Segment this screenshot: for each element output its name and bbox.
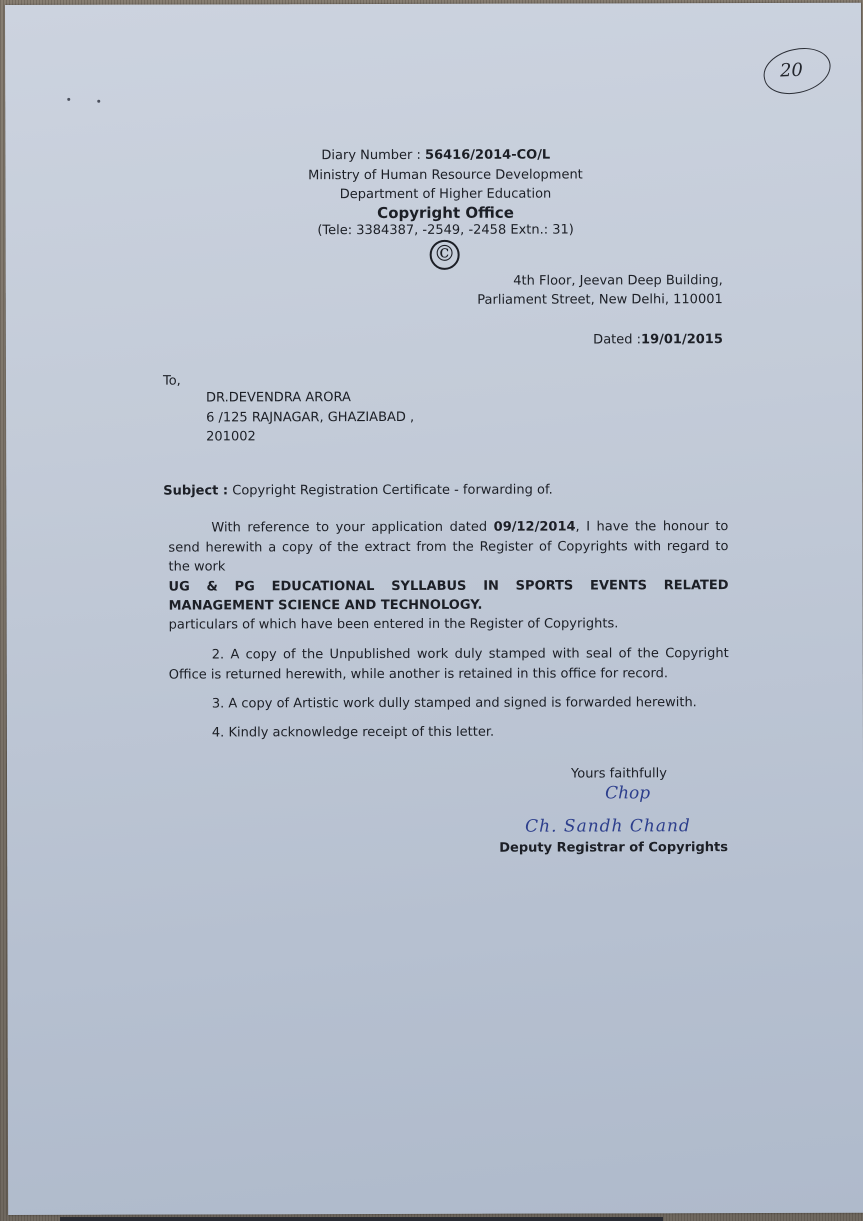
subject-label: Subject :: [163, 483, 228, 498]
work-title-line1: UG & PG EDUCATIONAL SYLLABUS IN SPORTS E…: [168, 576, 728, 597]
body-paragraph-3: 3. A copy of Artistic work dully stamped…: [169, 693, 729, 714]
paper-speck: [97, 100, 100, 103]
department-name: Department of Higher Education: [295, 187, 595, 201]
recipient-name: DR.DEVENDRA ARORA: [206, 391, 351, 404]
application-date: 09/12/2014: [494, 520, 576, 535]
subject-text: Copyright Registration Certificate - for…: [228, 483, 553, 499]
diary-number-line: Diary Number : 56416/2014-CO/L: [321, 149, 550, 163]
office-name: Copyright Office: [296, 205, 596, 221]
body-paragraph-2: 2. A copy of the Unpublished work duly s…: [169, 644, 729, 684]
office-address-line2: Parliament Street, New Delhi, 110001: [477, 293, 723, 307]
signatory-handwritten-name: Ch. Sandh Chand: [525, 816, 691, 836]
copyright-emblem-icon: ©: [430, 240, 460, 270]
work-title-line2: MANAGEMENT SCIENCE AND TECHNOLOGY.: [169, 595, 729, 616]
letter-date: Dated :19/01/2015: [593, 333, 723, 346]
letter-page: 20 Diary Number : 56416/2014-CO/L Minist…: [5, 3, 863, 1215]
salutation: To,: [163, 375, 181, 388]
ministry-name: Ministry of Human Resource Development: [295, 168, 595, 182]
p1-intro: With reference to your application dated: [211, 520, 493, 536]
telephone-line: (Tele: 3384387, -2549, -2458 Extn.: 31): [296, 223, 596, 237]
body-paragraph-1: With reference to your application dated…: [168, 517, 728, 577]
recipient-address-line2: 201002: [206, 430, 256, 443]
signature-initials: Chop: [605, 783, 650, 803]
bottom-edge-shadow: [60, 1217, 663, 1221]
diary-number: 56416/2014-CO/L: [425, 148, 550, 163]
valediction: Yours faithfully: [571, 767, 667, 780]
paper-speck: [67, 98, 70, 101]
body-paragraph-4: 4. Kindly acknowledge receipt of this le…: [169, 722, 729, 743]
office-address-line1: 4th Floor, Jeevan Deep Building,: [513, 274, 723, 288]
date-value: 19/01/2015: [641, 332, 723, 347]
subject-line: Subject : Copyright Registration Certifi…: [163, 484, 552, 498]
handwritten-page-number: 20: [759, 42, 835, 99]
recipient-address-line1: 6 /125 RAJNAGAR, GHAZIABAD ,: [206, 411, 414, 425]
body-paragraph-1-end: particulars of which have been entered i…: [169, 614, 729, 635]
signatory-designation: Deputy Registrar of Copyrights: [499, 841, 728, 855]
page-number-text: 20: [780, 60, 804, 82]
date-label: Dated :: [593, 332, 641, 347]
diary-label: Diary Number :: [321, 148, 425, 163]
